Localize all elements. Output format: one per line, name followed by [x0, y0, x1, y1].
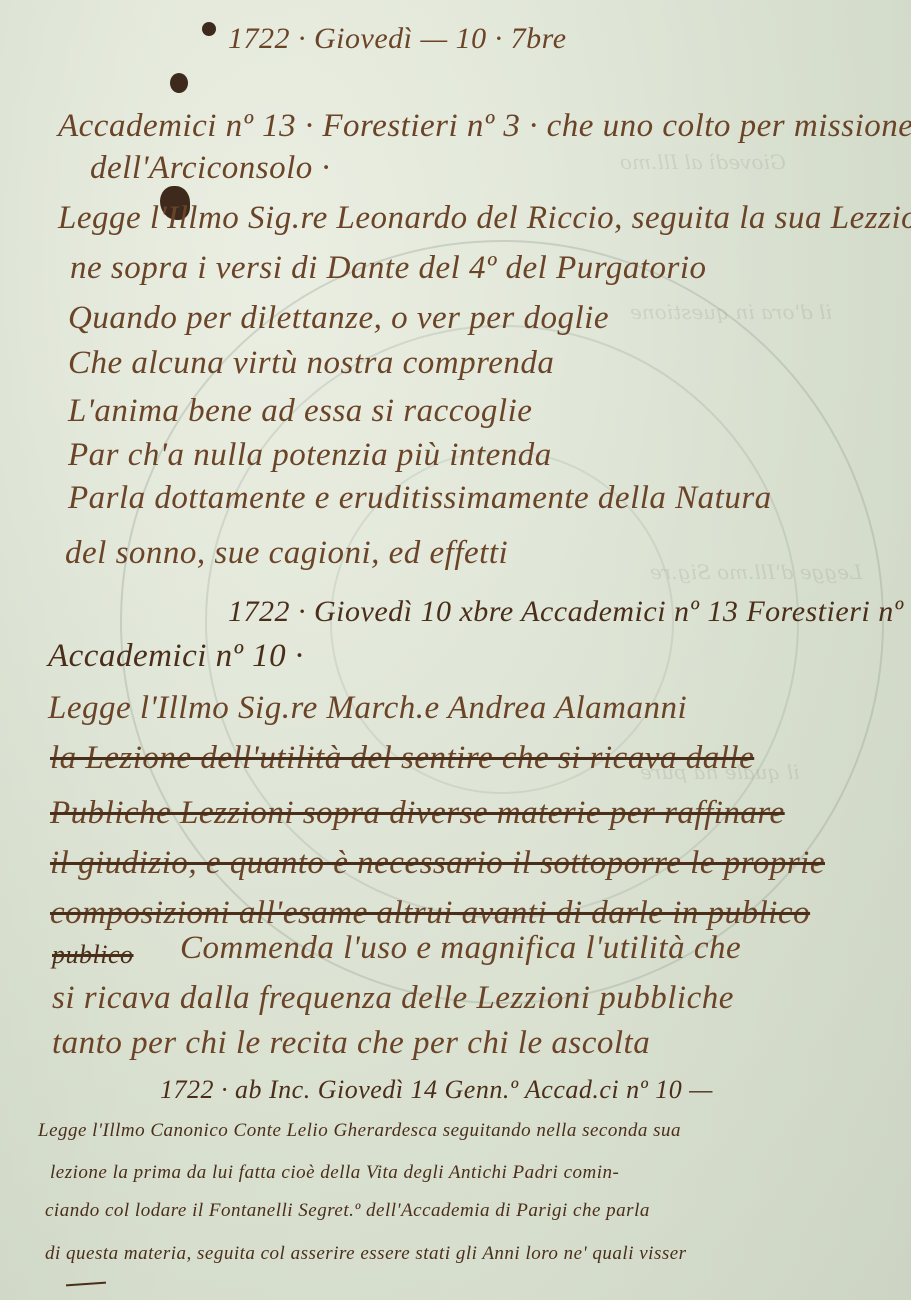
manuscript-page: Giovedì al Ill.mo il d'ora in questione … [0, 0, 911, 1300]
entry-2-heading: 1722 · Giovedì 10 xbre Accademici nº 13 … [228, 595, 911, 629]
struck-line-3: il giudizio, e quanto è necessario il so… [50, 845, 825, 882]
entry-3-heading: 1722 · ab Inc. Giovedì 14 Genn.º Accad.c… [160, 1075, 713, 1105]
summary-line-2: del sonno, sue cagioni, ed effetti [65, 535, 508, 572]
summary-line-1: Parla dottamente e eruditissimamente del… [68, 480, 772, 517]
verse-line-1: Quando per dilettanze, o ver per doglie [68, 300, 609, 337]
entry-1-line-1: Accademici nº 13 · Forestieri nº 3 · che… [58, 108, 911, 145]
struck-line-1: la Lezione dell'utilità del sentire che … [50, 740, 754, 777]
verse-line-3: L'anima bene ad essa si raccoglie [68, 393, 532, 430]
ink-blot [170, 73, 188, 93]
struck-prefix: publico [52, 940, 134, 970]
entry-1-line-4: ne sopra i versi di Dante del 4º del Pur… [70, 250, 707, 287]
show-through-text: Legge d'Ill.mo Sig.re [650, 560, 862, 584]
show-through-text: Giovedì al Ill.mo [620, 150, 786, 174]
struck-line-2: Publiche Lezzioni sopra diverse materie … [50, 795, 785, 832]
verse-line-2: Che alcuna virtù nostra comprenda [68, 345, 554, 382]
entry-2-line-2: Legge l'Illmo Sig.re March.e Andrea Alam… [48, 690, 687, 727]
entry-2-after-line-2: si ricava dalla frequenza delle Lezzioni… [52, 980, 734, 1017]
entry-2-line-1: Accademici nº 10 · [48, 638, 304, 675]
verse-line-4: Par ch'a nulla potenzia più intenda [68, 437, 552, 474]
ink-blot [202, 22, 216, 36]
entry-1-line-2: dell'Arciconsolo · [90, 150, 330, 187]
closing-flourish [66, 1282, 106, 1287]
entry-1-line-3: Legge l'Illmo Sig.re Leonardo del Riccio… [58, 200, 911, 237]
show-through-text: il d'ora in questione [630, 300, 832, 324]
entry-3-line-2: lezione la prima da lui fatta cioè della… [50, 1162, 619, 1184]
struck-line-4: composizioni all'esame altrui avanti di … [50, 895, 810, 932]
entry-3-line-1: Legge l'Illmo Canonico Conte Lelio Ghera… [38, 1120, 681, 1142]
entry-2-after-line-3: tanto per chi le recita che per chi le a… [52, 1025, 650, 1062]
entry-2-after-line-1: Commenda l'uso e magnifica l'utilità che [180, 930, 741, 967]
entry-3-line-4: di questa materia, seguita col asserire … [45, 1243, 687, 1265]
entry-3-line-3: ciando col lodare il Fontanelli Segret.º… [45, 1200, 650, 1222]
entry-1-heading: 1722 · Giovedì — 10 · 7bre [228, 22, 567, 56]
